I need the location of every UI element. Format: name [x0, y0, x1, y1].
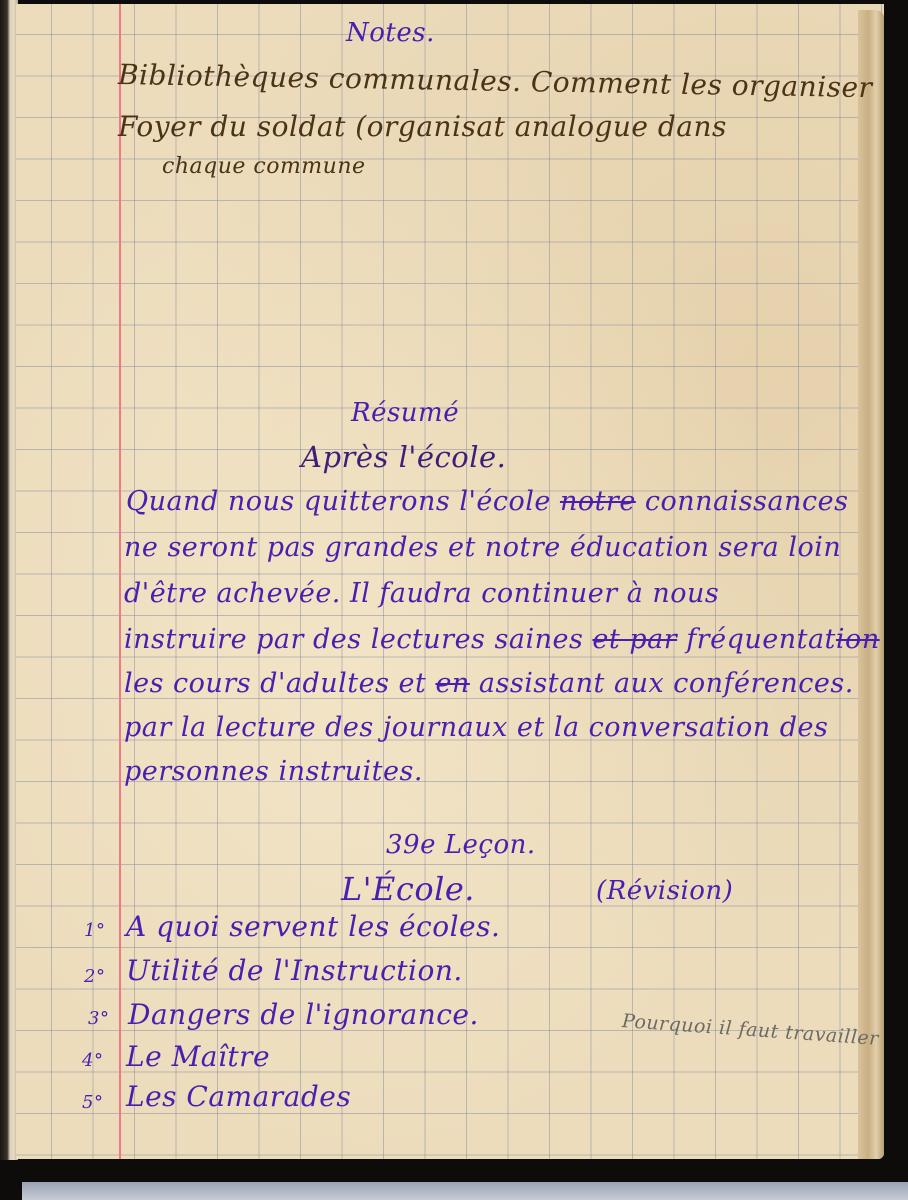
page-edge	[858, 10, 884, 1159]
list-number: 2°	[84, 966, 105, 987]
struck-text: et par	[592, 624, 677, 655]
notebook-page: Notes. Bibliothèques communales. Comment…	[16, 4, 884, 1159]
resume-line-7: personnes instruites.	[124, 756, 423, 787]
notes-heading: Notes.	[346, 18, 435, 48]
list-number: 3°	[88, 1008, 109, 1029]
resume-heading: Résumé	[351, 398, 459, 428]
text-segment: assistant aux conférences.	[470, 668, 854, 699]
list-number: 5°	[82, 1092, 103, 1113]
lesson-number: 39e Leçon.	[386, 830, 536, 860]
list-item-3: Dangers de l'ignorance.	[128, 998, 479, 1031]
resume-line-4: instruire par des lectures saines et par…	[124, 624, 880, 655]
resume-line-1: Quand nous quitterons l'école notre conn…	[126, 486, 848, 517]
struck-text: notre	[560, 486, 636, 517]
resume-line-6: par la lecture des journaux et la conver…	[124, 712, 828, 743]
text-segment: Quand nous quitterons l'école	[126, 486, 560, 517]
list-number: 4°	[82, 1050, 103, 1071]
text-segment: instruire par des lectures saines	[124, 624, 592, 655]
resume-line-3: d'être achevée. Il faudra continuer à no…	[124, 578, 719, 609]
lesson-title: L'École.	[341, 870, 475, 908]
red-margin-line	[119, 4, 121, 1159]
list-item-1: A quoi servent les écoles.	[126, 910, 500, 943]
lesson-tag: (Révision)	[596, 876, 733, 906]
list-item-4: Le Maître	[126, 1040, 270, 1073]
list-item-5: Les Camarades	[126, 1080, 351, 1113]
scanner-background	[22, 1182, 908, 1200]
struck-text: ion	[836, 624, 880, 655]
resume-subtitle: Après l'école.	[301, 440, 506, 474]
text-segment: fréquentat	[677, 624, 836, 655]
text-segment: les cours d'adultes et	[124, 668, 435, 699]
notes-line-2: Foyer du soldat (organisat analogue dans	[118, 110, 727, 143]
struck-text: en	[435, 668, 469, 699]
notes-line-3: chaque commune	[162, 154, 366, 179]
scanned-notebook-page: Notes. Bibliothèques communales. Comment…	[0, 0, 908, 1200]
list-number: 1°	[84, 920, 105, 941]
resume-line-2: ne seront pas grandes et notre éducation…	[124, 532, 841, 563]
list-item-2: Utilité de l'Instruction.	[126, 954, 463, 987]
resume-line-5: les cours d'adultes et en assistant aux …	[124, 668, 854, 699]
text-segment: connaissances	[636, 486, 849, 517]
